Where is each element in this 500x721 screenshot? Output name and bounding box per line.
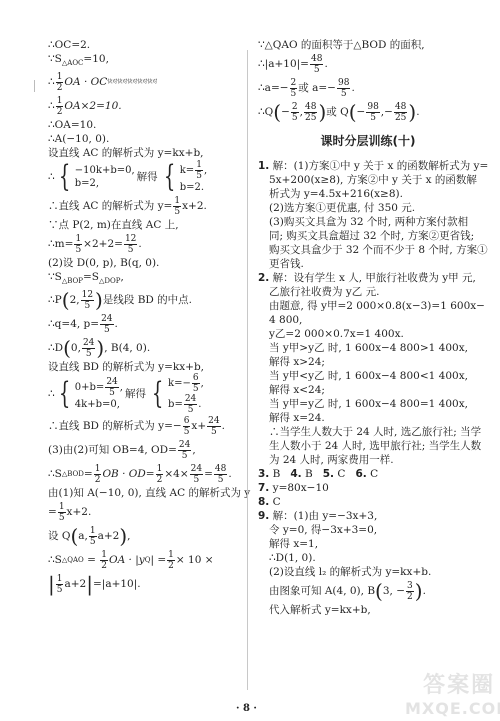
fraction: 12 (56, 72, 64, 93)
margin-mark (34, 80, 35, 92)
answer-9: 9. 解：(1)由 y=−3x+3, 令 y=0, 得−3x+3=0, 解得 x… (258, 509, 478, 617)
line-s-aoc: ∵S△AOC=10, (48, 52, 233, 70)
watermark: 答案圈 MXQE.COM (405, 668, 500, 718)
answer-7: 7. y=80x−10 (258, 481, 478, 495)
answer-1: 1. 解：(1)方案①中 y 关于 x 的函数解析式为 y= 5x+200(x≥… (258, 159, 478, 271)
line-d-b: ∴D( 0, 245 ), B(4, 0). (48, 336, 233, 360)
line-area-equal: ∵△QAO 的面积等于△BOD 的面积, (258, 38, 478, 52)
line-set-ac: 设直线 AC 的解析式为 y=kx+b, (48, 146, 233, 160)
system-ac: ∴ {−10k+b=0,b=2, 解得 { k=15, b=2. (48, 160, 233, 194)
line-bd-equation: ∴直线 BD 的解析式为 y=− 65 x+ 245 . (48, 414, 233, 438)
line-half-oa-x2: ∴ 12 OA×2=10. (48, 94, 233, 118)
line-q-values: ∴Q( − 25 , 4825 ) 或 Q( − 985 , − 4825 ). (258, 100, 478, 124)
line-s-bop: ∵S△BOP=S△DOP, (48, 270, 233, 288)
line-s-bod: ∴S△BOD= 12 OB · OD= 12 ×4× 245 = 485 . (48, 462, 233, 486)
left-column: ∴OC=2. ∵S△AOC=10, ∴ 12 OA · OC 快对快对快对快对快… (48, 38, 233, 596)
line-p-on-ac: ∵点 P(2, m)在直线 AC 上, (48, 218, 233, 232)
line-p-midpoint: ∴P( 2, 125 )是线段 BD 的中点. (48, 288, 233, 312)
answer-2: 2. 解：设有学生 x 人, 甲旅行社收费为 y甲 元, 乙旅行社收费为 y乙 … (258, 271, 478, 467)
section-title: 课时分层训练(十) (258, 132, 478, 149)
line-ac-cont: = 15 x+2. (48, 500, 233, 524)
line-set-bd: 设直线 BD 的解析式为 y=kx+b, (48, 360, 233, 374)
line-set-q: 设 Q( a, 15 a+2 ), (48, 524, 233, 548)
line-abs-eq: ∴|a+10|= 485 . (258, 52, 478, 76)
right-column: ∵△QAO 的面积等于△BOD 的面积, ∴|a+10|= 485 . ∴a=−… (258, 38, 478, 617)
answers-3-6: 3. B 4. B 5. C 6. C (258, 467, 478, 481)
line-a-point: ∴A(−10, 0). (48, 132, 233, 146)
line-part2: (2)设 D(0, p), B(q, 0). (48, 256, 233, 270)
line-m-value: ∴m= 15 ×2+2= 125 . (48, 232, 233, 256)
page-number: · 8 · (236, 703, 257, 714)
system-bd: ∴ { 0+b=245, 4k+b=0, 解得 { k=−65, b=245. (48, 374, 233, 414)
line-ac-equation: ∴直线 AC 的解析式为 y= 15 x+2. (48, 194, 233, 218)
line-q-p: ∴q=4, p= 245 . (48, 312, 233, 336)
line-a-values: ∴a=− 25 或 a=− 985 . (258, 76, 478, 100)
line-from1: 由(1)知 A(−10, 0), 直线 AC 的解析式为 y (48, 486, 233, 500)
overprint-text: 快对快对快对快对快对 (107, 80, 157, 85)
line-oa10: ∴OA=10. (48, 118, 233, 132)
column-divider (247, 50, 248, 690)
line-abs: | 15 a+2 | =|a+10|. (48, 572, 233, 596)
answer-8: 8. C (258, 495, 478, 509)
line-half-oa-oc: ∴ 12 OA · OC 快对快对快对快对快对 (48, 70, 233, 94)
line-oc: ∴OC=2. (48, 38, 233, 52)
line-part3: (3)由(2)可知 OB=4, OD= 245 , (48, 438, 233, 462)
line-s-qao: ∴S△QAO = 12 OA · |yQ | = 12 × 10 × (48, 548, 233, 572)
line-q9-b: 由图象可知 A(4, 0), B( 3, − 32 ). (258, 579, 478, 603)
